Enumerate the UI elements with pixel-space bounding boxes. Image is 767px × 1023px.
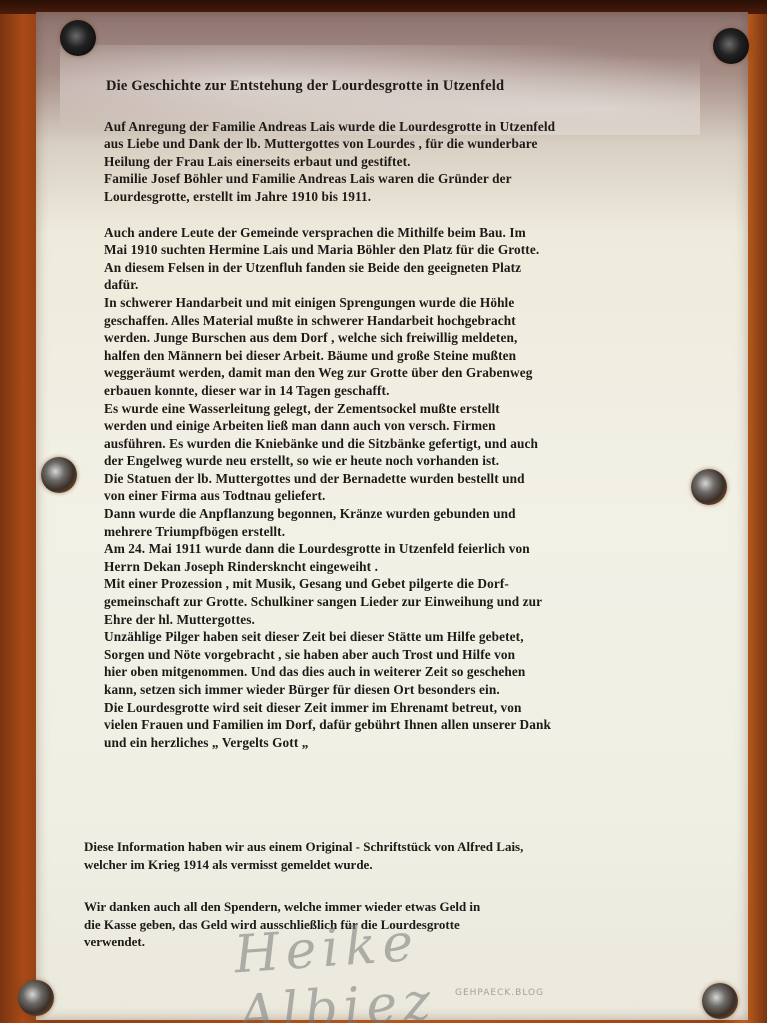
site-watermark: GEHPAECK.BLOG: [455, 988, 544, 998]
screw-top-right-icon: [713, 28, 749, 64]
screw-top-left-icon: [60, 20, 96, 56]
screw-bottom-right-icon: [702, 983, 738, 1019]
source-note-text: Diese Information haben wir aus einem Or…: [84, 838, 684, 873]
screw-middle-left-icon: [41, 457, 77, 493]
paragraph-founding: Auf Anregung der Familie Andreas Lais wu…: [104, 118, 684, 206]
paragraph-history: Auch andere Leute der Gemeinde versprach…: [104, 224, 684, 752]
screw-bottom-left-icon: [18, 980, 54, 1016]
screw-middle-right-icon: [691, 469, 727, 505]
plaque-text: Die Geschichte zur Entstehung der Lourde…: [104, 78, 684, 751]
plaque-title: Die Geschichte zur Entstehung der Lourde…: [106, 78, 684, 96]
source-note: Diese Information haben wir aus einem Or…: [84, 838, 684, 873]
